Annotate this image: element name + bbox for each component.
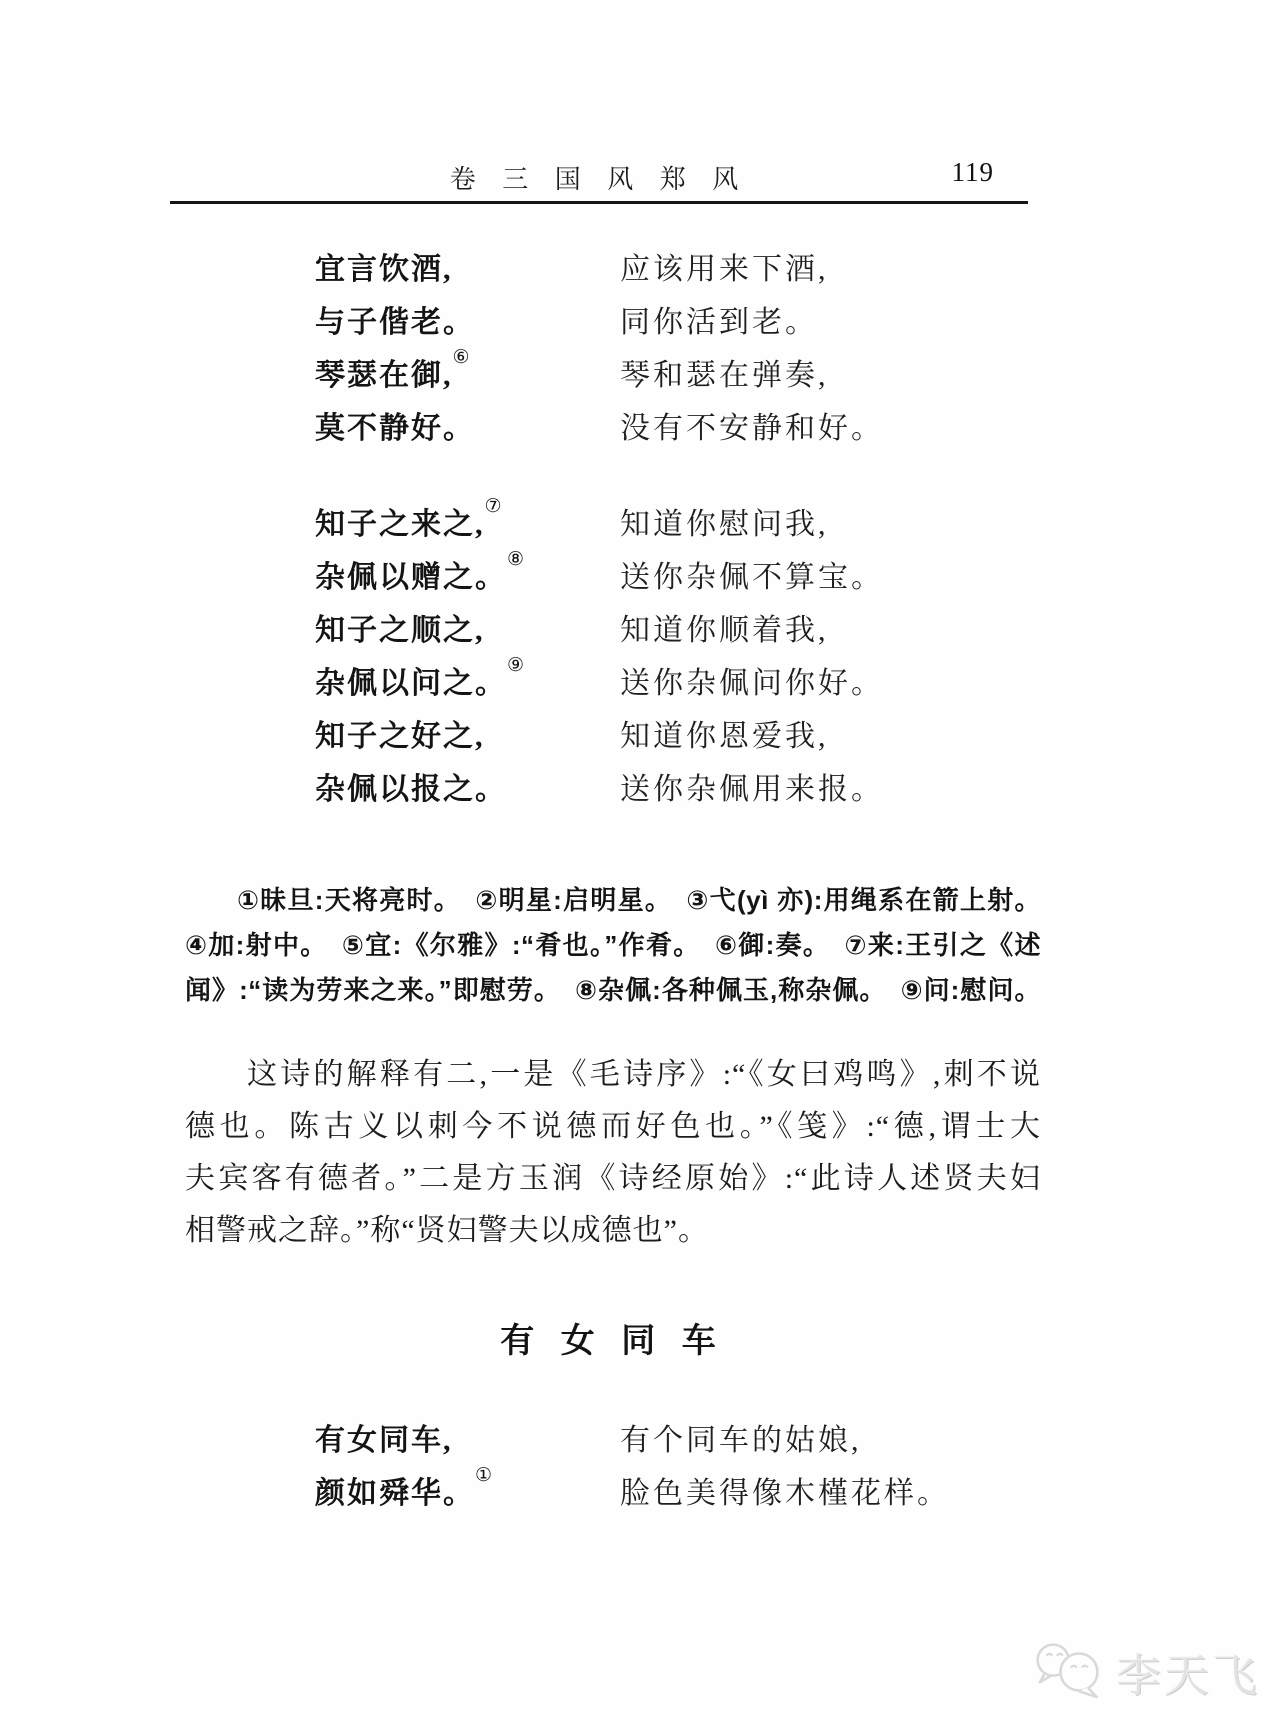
page-header: 卷 三 国 风 郑 风 119	[170, 155, 1028, 199]
verse-original: 杂佩以问之。⑨	[315, 658, 620, 702]
poem-line: 杂佩以问之。⑨ 送你杂佩问你好。	[315, 653, 1055, 706]
verse-original: 与子偕老。	[315, 297, 620, 341]
commentary-line: 德也。陈古义以刺今不说德而好色也。”《笺》:“德,谓士大	[185, 1101, 1041, 1153]
verse-text: 莫不静好。	[315, 412, 475, 445]
poem-line: 与子偕老。 同你活到老。	[315, 292, 1055, 345]
verse-original: 琴瑟在御,⑥	[315, 350, 620, 394]
verse-text: 颜如舜华。	[315, 1477, 475, 1510]
verse-original: 知子之好之,	[315, 711, 620, 755]
verse-original: 宜言饮酒,	[315, 244, 620, 288]
poem-line: 知子之好之, 知道你恩爱我,	[315, 706, 1055, 759]
poem-line: 有女同车, 有个同车的姑娘,	[315, 1410, 1055, 1463]
verse-translation: 没有不安静和好。	[620, 403, 884, 447]
header-rule	[170, 201, 1028, 204]
watermark: 李天飞	[1030, 1638, 1260, 1705]
verse-original: 知子之来之,⑦	[315, 499, 620, 543]
verse-original: 杂佩以赠之。⑧	[315, 552, 620, 596]
footnote-ref: ①	[475, 1465, 492, 1486]
verse-original: 知子之顺之,	[315, 605, 620, 649]
poem-line: 琴瑟在御,⑥ 琴和瑟在弹奏,	[315, 345, 1055, 398]
poem-line: 颜如舜华。① 脸色美得像木槿花样。	[315, 1463, 1055, 1516]
verse-translation: 送你杂佩不算宝。	[620, 552, 884, 596]
verse-translation: 送你杂佩用来报。	[620, 764, 884, 808]
verse-text: 杂佩以报之。	[315, 773, 507, 806]
section-title: 有 女 同 车	[170, 1313, 1055, 1362]
poem-block: 有女同车, 有个同车的姑娘, 颜如舜华。① 脸色美得像木槿花样。	[315, 1410, 1055, 1516]
verse-translation: 知道你顺着我,	[620, 605, 829, 649]
commentary-line: 夫宾客有德者。”二是方玉润《诗经原始》:“此诗人述贤夫妇	[185, 1153, 1041, 1205]
verse-text: 知子之好之,	[315, 720, 485, 753]
poem-block: 宜言饮酒, 应该用来下酒, 与子偕老。 同你活到老。 琴瑟在御,⑥ 琴和瑟在弹奏…	[315, 239, 1055, 812]
verse-text: 杂佩以赠之。	[315, 561, 507, 594]
scanned-book-page: 卷 三 国 风 郑 风 119 宜言饮酒, 应该用来下酒, 与子偕老。 同你活到…	[0, 0, 1280, 1735]
page-number: 119	[952, 157, 995, 188]
verse-translation: 有个同车的姑娘,	[620, 1415, 862, 1459]
verse-translation: 知道你恩爱我,	[620, 711, 829, 755]
verse-translation: 送你杂佩问你好。	[620, 658, 884, 702]
footnote-line: ④加:射中。 ⑤宜:《尔雅》:“肴也。”作肴。 ⑥御:奏。 ⑦来:王引之《述	[185, 923, 1041, 968]
verse-translation: 知道你慰问我,	[620, 499, 829, 543]
commentary-line: 相警戒之辞。”称“贤妇警夫以成德也”。	[185, 1205, 1041, 1257]
verse-original: 莫不静好。	[315, 403, 620, 447]
footnotes-block: ①昧旦:天将亮时。 ②明星:启明星。 ③弋(yì 亦):用绳系在箭上射。 ④加:…	[185, 878, 1041, 1013]
footnote-line: 闻》:“读为劳来之来。”即慰劳。 ⑧杂佩:各种佩玉,称杂佩。 ⑨问:慰问。	[185, 968, 1041, 1013]
commentary-line: 这诗的解释有二,一是《毛诗序》:“《女曰鸡鸣》,刺不说	[185, 1049, 1041, 1101]
poem-line: 杂佩以报之。 送你杂佩用来报。	[315, 759, 1055, 812]
footnote-ref: ⑥	[453, 347, 470, 368]
poem-line: 宜言饮酒, 应该用来下酒,	[315, 239, 1055, 292]
wechat-icon	[1030, 1638, 1108, 1705]
footnote-line: ①昧旦:天将亮时。 ②明星:启明星。 ③弋(yì 亦):用绳系在箭上射。	[185, 878, 1041, 923]
verse-text: 知子之顺之,	[315, 614, 485, 647]
page-title: 卷 三 国 风 郑 风	[170, 159, 1028, 196]
verse-original: 颜如舜华。①	[315, 1468, 620, 1512]
verse-translation: 同你活到老。	[620, 297, 818, 341]
poem-line: 知子之来之,⑦ 知道你慰问我,	[315, 494, 1055, 547]
verse-translation: 脸色美得像木槿花样。	[620, 1468, 950, 1512]
poem-line: 杂佩以赠之。⑧ 送你杂佩不算宝。	[315, 547, 1055, 600]
stanza: 知子之来之,⑦ 知道你慰问我, 杂佩以赠之。⑧ 送你杂佩不算宝。 知子之顺之, …	[315, 494, 1055, 812]
verse-text: 宜言饮酒,	[315, 253, 453, 286]
verse-original: 杂佩以报之。	[315, 764, 620, 808]
stanza: 宜言饮酒, 应该用来下酒, 与子偕老。 同你活到老。 琴瑟在御,⑥ 琴和瑟在弹奏…	[315, 239, 1055, 451]
verse-text: 有女同车,	[315, 1424, 453, 1457]
commentary-block: 这诗的解释有二,一是《毛诗序》:“《女曰鸡鸣》,刺不说 德也。陈古义以刺今不说德…	[185, 1049, 1041, 1257]
verse-translation: 琴和瑟在弹奏,	[620, 350, 829, 394]
verse-text: 杂佩以问之。	[315, 667, 507, 700]
poem-line: 莫不静好。 没有不安静和好。	[315, 398, 1055, 451]
verse-text: 知子之来之,	[315, 508, 485, 541]
verse-text: 与子偕老。	[315, 306, 475, 339]
verse-text: 琴瑟在御,	[315, 359, 453, 392]
verse-original: 有女同车,	[315, 1415, 620, 1459]
watermark-text: 李天飞	[1116, 1639, 1260, 1704]
verse-translation: 应该用来下酒,	[620, 244, 829, 288]
poem-line: 知子之顺之, 知道你顺着我,	[315, 600, 1055, 653]
footnote-ref: ⑧	[507, 549, 524, 570]
footnote-ref: ⑦	[485, 496, 502, 517]
footnote-ref: ⑨	[507, 655, 524, 676]
